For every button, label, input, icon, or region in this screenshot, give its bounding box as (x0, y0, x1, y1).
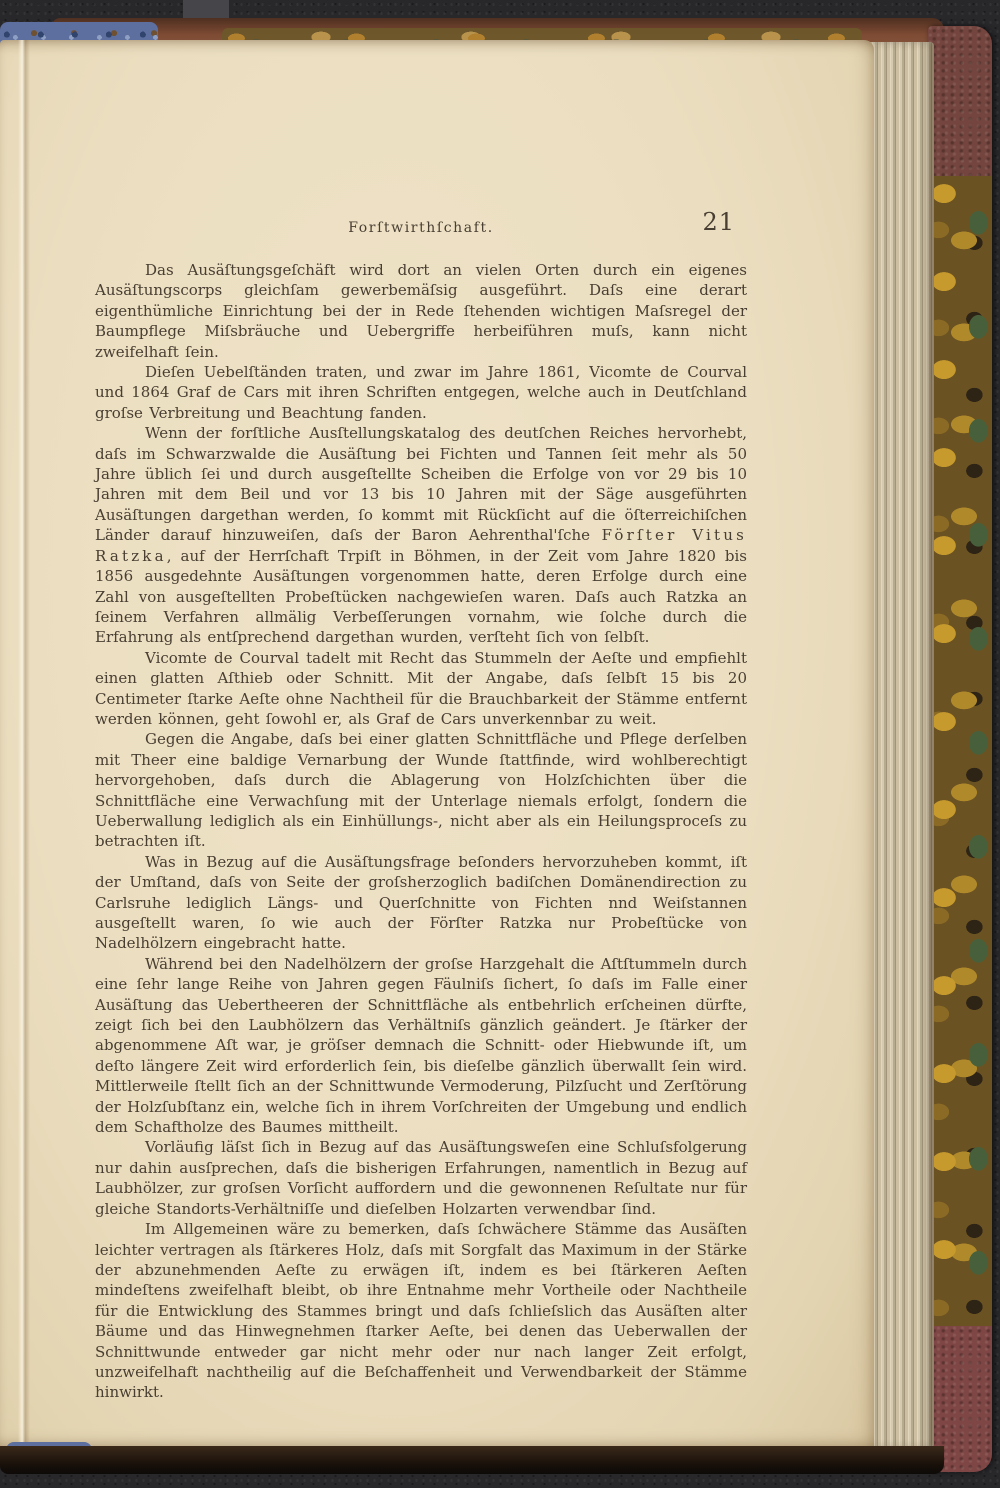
page-number: 21 (702, 208, 735, 236)
page-fore-edge (864, 42, 934, 1448)
page-header: Forſtwirthſchaft. 21 (95, 208, 747, 260)
book-bottom-edge (0, 1446, 944, 1474)
page-text-column: Forſtwirthſchaft. 21 Das Ausäſtungsgeſch… (95, 208, 747, 1403)
body-text: Das Ausäſtungsgeſchäft wird dort an viel… (95, 260, 747, 1403)
paragraph: Das Ausäſtungsgeſchäft wird dort an viel… (95, 260, 747, 362)
leather-corner-top (928, 26, 992, 176)
book-cover-right (928, 26, 992, 1472)
paragraph: Wenn der forſtliche Ausſtellungskatalog … (95, 423, 747, 647)
page-gutter-crease (18, 40, 30, 1448)
paragraph-text: , auf der Herrſchaft Trpiſt in Böhmen, i… (95, 547, 747, 647)
paragraph: Gegen die Angabe, daſs bei einer glatten… (95, 729, 747, 851)
book-page: Forſtwirthſchaft. 21 Das Ausäſtungsgeſch… (0, 40, 874, 1448)
paragraph: Vorläufig läſst ſich in Bezug auf das Au… (95, 1137, 747, 1219)
paragraph: Während bei den Nadelhölzern der groſse … (95, 954, 747, 1138)
paragraph: Vicomte de Courval tadelt mit Recht das … (95, 648, 747, 730)
paragraph: Im Allgemeinen wäre zu bemerken, daſs ſc… (95, 1219, 747, 1403)
marbled-board (928, 176, 992, 1326)
paragraph: Was in Bezug auf die Ausäſtungsfrage beſ… (95, 852, 747, 954)
paragraph: Dieſen Uebelſtänden traten, und zwar im … (95, 362, 747, 423)
running-header: Forſtwirthſchaft. (348, 220, 494, 236)
book-scan: Forſtwirthſchaft. 21 Das Ausäſtungsgeſch… (0, 0, 1000, 1488)
